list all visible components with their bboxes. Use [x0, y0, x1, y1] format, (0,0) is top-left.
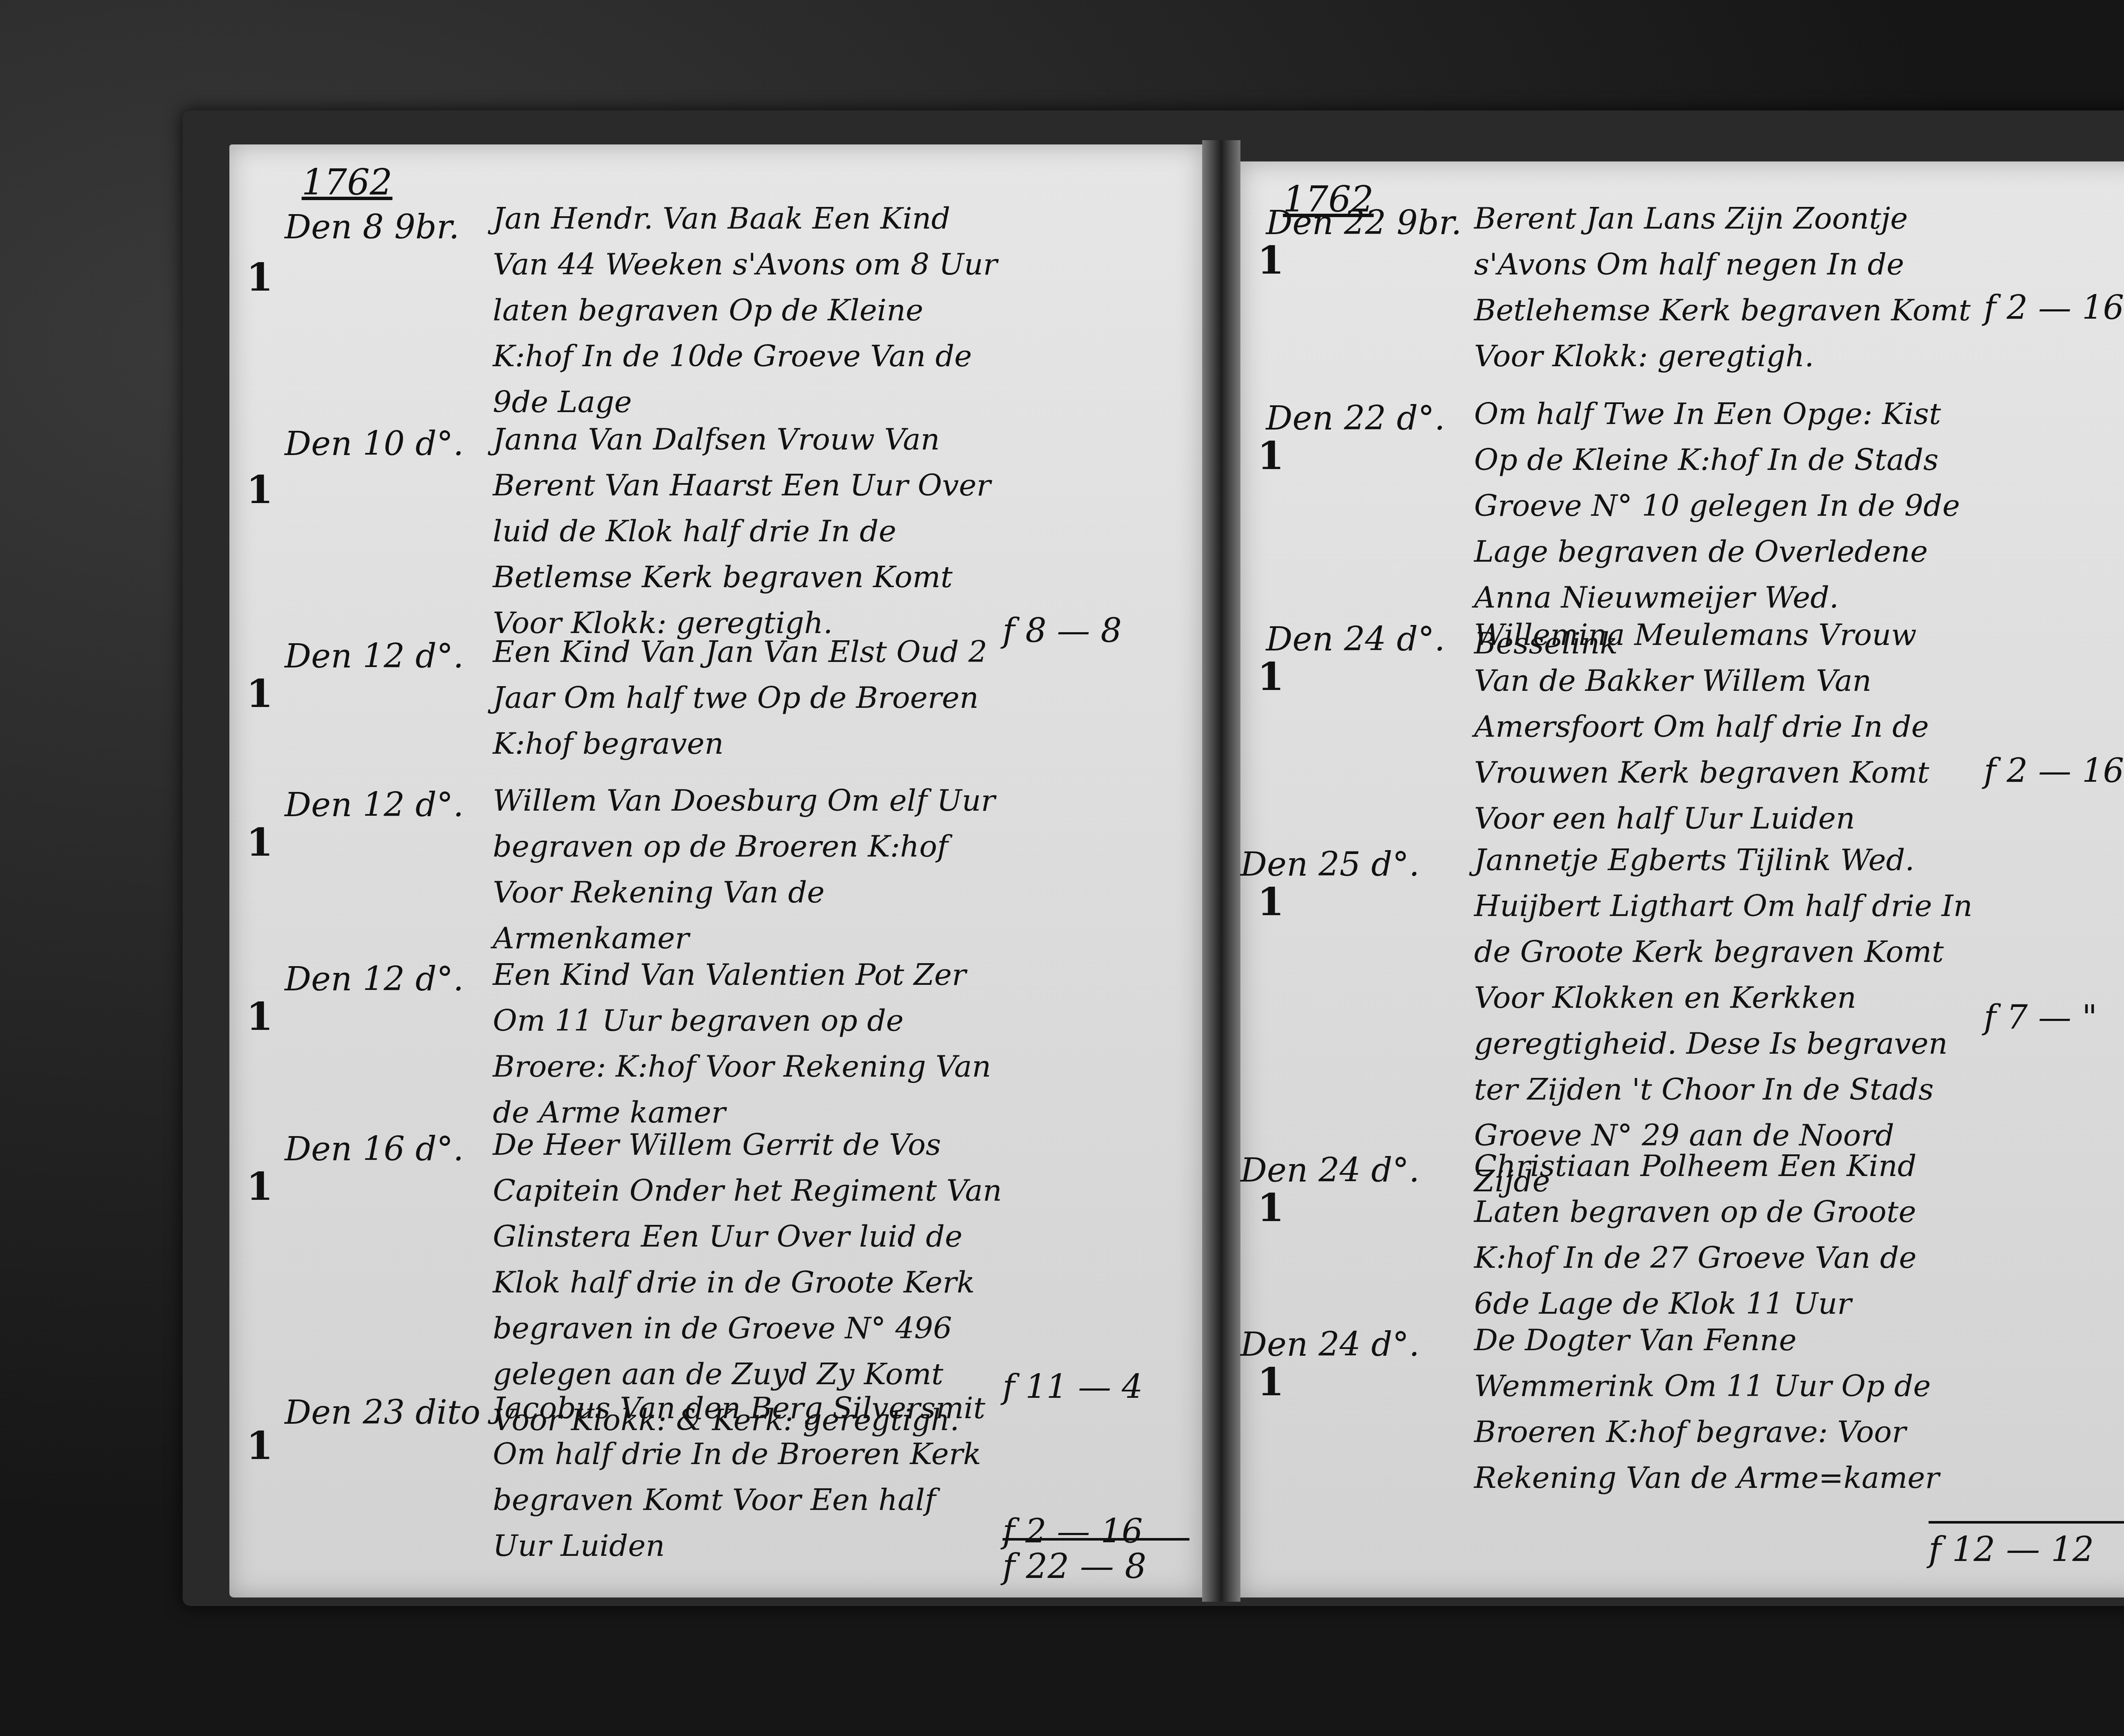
entry-tally: 1	[1257, 238, 1284, 283]
entry-tally: 1	[1257, 879, 1284, 925]
entry-text: Een Kind Van Valentien Pot Zer Om 11 Uur…	[493, 952, 1003, 1135]
entry-tally: 1	[1257, 433, 1284, 478]
entry-date: Den 24 d°.	[1240, 1326, 1420, 1364]
entry-tally: 1	[1257, 1360, 1284, 1405]
entry-tally: 1	[1257, 654, 1284, 699]
entry-text: Willemina Meulemans Vrouw Van de Bakker …	[1474, 612, 1975, 841]
entry-tally: 1	[246, 467, 273, 512]
entry-text: Christiaan Polheem Een Kind Laten begrav…	[1474, 1143, 1975, 1326]
entry-text: Jacobus Van den Berg Silversmit Om half …	[493, 1385, 1003, 1569]
entry-tally: 1	[246, 1164, 273, 1209]
entry-tally: 1	[246, 820, 273, 865]
entry-date: Den 12 d°.	[285, 786, 464, 824]
entry-fee: f 2 — 16	[1984, 752, 2124, 790]
entry-date: Den 16 d°.	[285, 1130, 464, 1168]
total-rule	[1003, 1538, 1189, 1541]
entry-date: Den 22 9br.	[1266, 204, 1462, 242]
page-total: f 12 — 12	[1929, 1530, 2094, 1569]
entry-date: Den 12 d°.	[285, 960, 464, 998]
entry-date: Den 22 d°.	[1266, 399, 1445, 438]
entry-fee: f 8 — 8	[1003, 612, 1122, 650]
entry-text: Jan Hendr. Van Baak Een Kind Van 44 Week…	[493, 195, 1003, 425]
entry-fee: f 2 — 16	[1003, 1513, 1143, 1551]
book-gutter	[1202, 140, 1240, 1602]
right-page: 1762 1 Den 22 9br. Berent Jan Lans Zijn …	[1240, 161, 2124, 1597]
entry-fee: f 11 — 4	[1003, 1368, 1143, 1406]
entry-fee: f 7 — "	[1984, 998, 2097, 1037]
entry-tally: 1	[246, 994, 273, 1039]
entry-date: Den 23 dito	[285, 1394, 480, 1432]
entry-date: Den 8 9br.	[285, 208, 459, 246]
entry-text: De Dogter Van Fenne Wemmerink Om 11 Uur …	[1474, 1317, 1975, 1501]
entry-tally: 1	[246, 1423, 273, 1468]
entry-date: Den 24 d°.	[1240, 1151, 1420, 1190]
total-rule	[1929, 1521, 2124, 1524]
entry-tally: 1	[1257, 1185, 1284, 1230]
entry-date: Den 10 d°.	[285, 425, 464, 463]
entry-date: Den 24 d°.	[1266, 620, 1445, 659]
entry-tally: 1	[246, 671, 273, 716]
page-total: f 22 — 8	[1003, 1547, 1147, 1586]
entry-text: Berent Jan Lans Zijn Zoontje s'Avons Om …	[1474, 195, 1975, 379]
entry-text: Willem Van Doesburg Om elf Uur begraven …	[493, 778, 1003, 961]
left-page: 1762 1 Den 8 9br. Jan Hendr. Van Baak Ee…	[229, 144, 1202, 1597]
entry-date: Den 25 d°.	[1240, 845, 1420, 884]
entry-tally: 1	[246, 255, 273, 300]
entry-text: Janna Van Dalfsen Vrouw Van Berent Van H…	[493, 416, 1003, 646]
entry-date: Den 12 d°.	[285, 637, 464, 676]
entry-text: Een Kind Van Jan Van Elst Oud 2 Jaar Om …	[493, 629, 1003, 766]
page-year: 1762	[302, 161, 393, 203]
entry-fee: f 2 — 16	[1984, 289, 2124, 327]
